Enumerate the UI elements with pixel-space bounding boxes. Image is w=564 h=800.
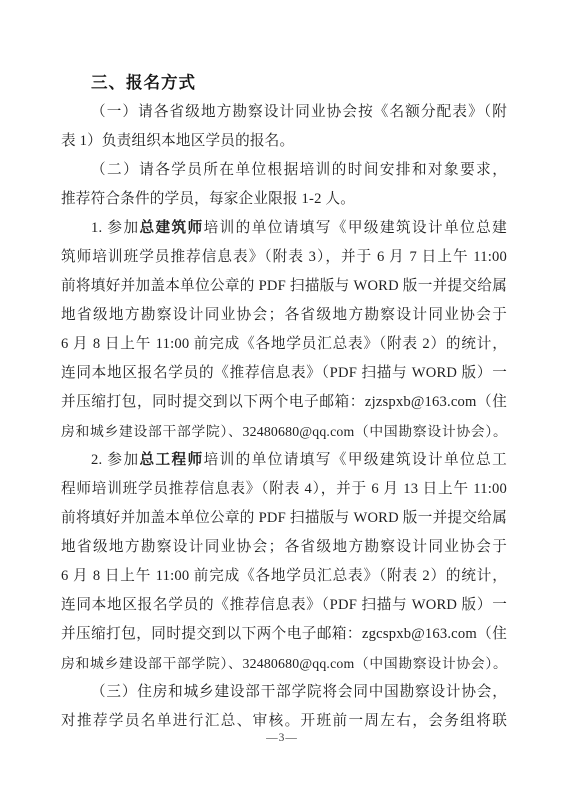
text-segment: 地省级地方勘察设计同业协会；各省级地方勘察设计同业协会于 bbox=[61, 539, 507, 555]
text-line: 并压缩打包，同时提交到以下两个电子邮箱：zgcspxb@163.com（住 bbox=[61, 620, 507, 649]
text-segment: 并压缩打包，同时提交到以下两个电子邮箱：zjzspxb@163.com（住 bbox=[61, 394, 507, 410]
text-line: 程师培训班学员推荐信息表》（附表 4），并于 6 月 13 日上午 11:00 bbox=[61, 475, 507, 504]
text-segment: （三）住房和城乡建设部干部学院将会同中国勘察设计协会， bbox=[91, 684, 507, 700]
text-line: 房和城乡建设部干部学院）、32480680@qq.com（中国勘察设计协会）。 bbox=[61, 649, 507, 678]
text-line: 连同本地区报名学员的《推荐信息表》（PDF 扫描与 WORD 版）一 bbox=[61, 359, 507, 388]
text-segment: 表 1）负责组织本地区学员的报名。 bbox=[61, 133, 294, 149]
text-segment: （二）请各学员所在单位根据培训的时间安排和对象要求， bbox=[91, 162, 507, 178]
text-line: 房和城乡建设部干部学院）、32480680@qq.com（中国勘察设计协会）。 bbox=[61, 417, 507, 446]
bold-text-segment: 总工程师 bbox=[140, 452, 204, 468]
text-line: 6 月 8 日上午 11:00 前完成《各地学员汇总表》（附表 2）的统计， bbox=[61, 562, 507, 591]
text-line: 地省级地方勘察设计同业协会；各省级地方勘察设计同业协会于 bbox=[61, 533, 507, 562]
section-heading: 三、报名方式 bbox=[61, 68, 507, 98]
page-number: —3— bbox=[0, 732, 564, 744]
text-segment: （一）请各省级地方勘察设计同业协会按《名额分配表》（附 bbox=[91, 104, 507, 120]
text-line: 1. 参加总建筑师培训的单位请填写《甲级建筑设计单位总建 bbox=[61, 214, 507, 243]
document-content: 三、报名方式 （一）请各省级地方勘察设计同业协会按《名额分配表》（附表 1）负责… bbox=[61, 68, 507, 736]
text-segment: 6 月 8 日上午 11:00 前完成《各地学员汇总表》（附表 2）的统计， bbox=[61, 336, 507, 352]
text-line: （三）住房和城乡建设部干部学院将会同中国勘察设计协会， bbox=[61, 678, 507, 707]
text-segment: 前将填好并加盖本单位公章的 PDF 扫描版与 WORD 版一并提交给属 bbox=[61, 510, 507, 526]
text-line: 2. 参加总工程师培训的单位请填写《甲级建筑设计单位总工 bbox=[61, 446, 507, 475]
text-line: 推荐符合条件的学员，每家企业限报 1-2 人。 bbox=[61, 185, 507, 214]
text-segment: 连同本地区报名学员的《推荐信息表》（PDF 扫描与 WORD 版）一 bbox=[61, 597, 507, 613]
text-line: 前将填好并加盖本单位公章的 PDF 扫描版与 WORD 版一并提交给属 bbox=[61, 504, 507, 533]
text-segment: 程师培训班学员推荐信息表》（附表 4），并于 6 月 13 日上午 11:00 bbox=[61, 481, 507, 497]
text-segment: 房和城乡建设部干部学院）、32480680@qq.com（中国勘察设计协会）。 bbox=[61, 656, 507, 671]
text-segment: 并压缩打包，同时提交到以下两个电子邮箱：zgcspxb@163.com（住 bbox=[61, 626, 507, 642]
text-line: 筑师培训班学员推荐信息表》（附表 3），并于 6 月 7 日上午 11:00 bbox=[61, 243, 507, 272]
text-segment: 培训的单位请填写《甲级建筑设计单位总建 bbox=[204, 220, 507, 236]
text-line: 6 月 8 日上午 11:00 前完成《各地学员汇总表》（附表 2）的统计， bbox=[61, 330, 507, 359]
text-segment: 对推荐学员名单进行汇总、审核。开班前一周左右，会务组将联 bbox=[61, 713, 507, 729]
text-line: 前将填好并加盖本单位公章的 PDF 扫描版与 WORD 版一并提交给属 bbox=[61, 272, 507, 301]
text-segment: 筑师培训班学员推荐信息表》（附表 3），并于 6 月 7 日上午 11:00 bbox=[61, 249, 507, 265]
text-segment: 前将填好并加盖本单位公章的 PDF 扫描版与 WORD 版一并提交给属 bbox=[61, 278, 507, 294]
bold-text-segment: 总建筑师 bbox=[140, 220, 204, 236]
text-segment: 推荐符合条件的学员，每家企业限报 1-2 人。 bbox=[61, 191, 355, 207]
text-line: 地省级地方勘察设计同业协会；各省级地方勘察设计同业协会于 bbox=[61, 301, 507, 330]
text-segment: 地省级地方勘察设计同业协会；各省级地方勘察设计同业协会于 bbox=[61, 307, 507, 323]
document-page: 三、报名方式 （一）请各省级地方勘察设计同业协会按《名额分配表》（附表 1）负责… bbox=[0, 0, 564, 800]
text-segment: 2. 参加 bbox=[91, 452, 140, 468]
text-segment: 连同本地区报名学员的《推荐信息表》（PDF 扫描与 WORD 版）一 bbox=[61, 365, 507, 381]
text-line: 表 1）负责组织本地区学员的报名。 bbox=[61, 127, 507, 156]
text-line: 连同本地区报名学员的《推荐信息表》（PDF 扫描与 WORD 版）一 bbox=[61, 591, 507, 620]
text-segment: 房和城乡建设部干部学院）、32480680@qq.com（中国勘察设计协会）。 bbox=[61, 424, 507, 439]
document-body: （一）请各省级地方勘察设计同业协会按《名额分配表》（附表 1）负责组织本地区学员… bbox=[61, 98, 507, 736]
text-line: （二）请各学员所在单位根据培训的时间安排和对象要求， bbox=[61, 156, 507, 185]
text-line: （一）请各省级地方勘察设计同业协会按《名额分配表》（附 bbox=[61, 98, 507, 127]
text-segment: 1. 参加 bbox=[91, 220, 140, 236]
text-segment: 6 月 8 日上午 11:00 前完成《各地学员汇总表》（附表 2）的统计， bbox=[61, 568, 507, 584]
text-segment: 培训的单位请填写《甲级建筑设计单位总工 bbox=[204, 452, 507, 468]
text-line: 并压缩打包，同时提交到以下两个电子邮箱：zjzspxb@163.com（住 bbox=[61, 388, 507, 417]
